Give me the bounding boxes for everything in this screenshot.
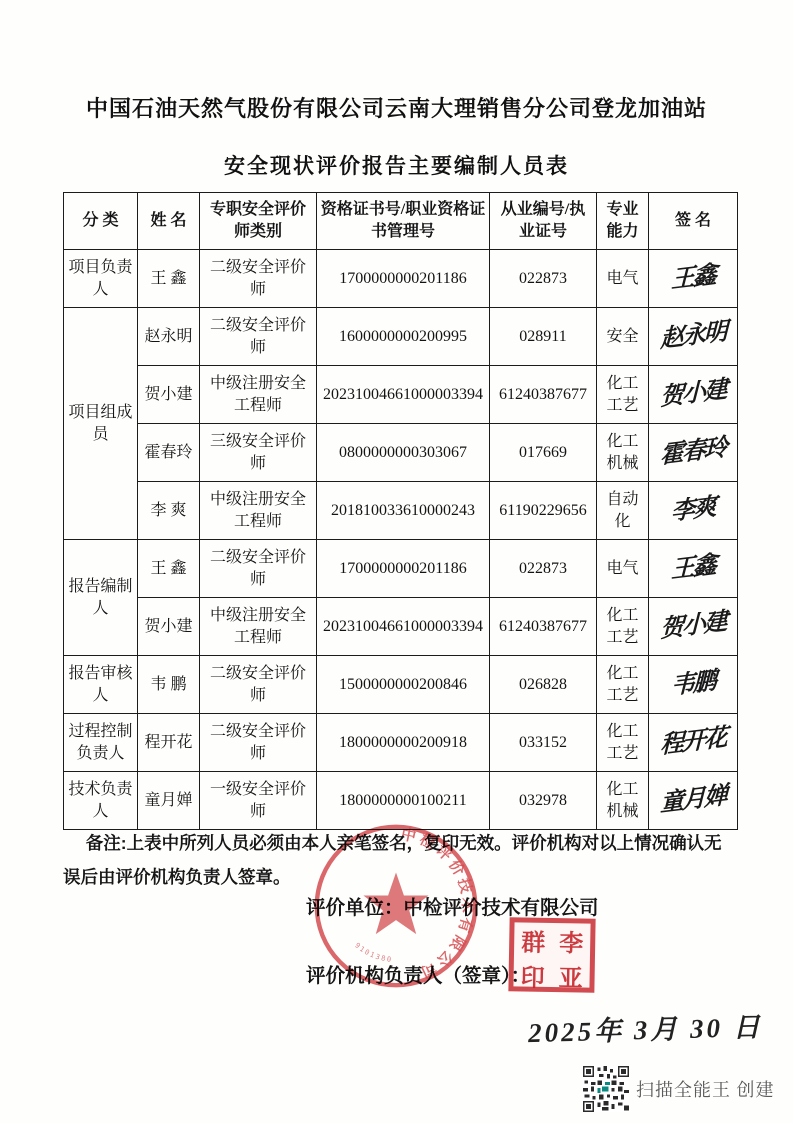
responsible-person-line: 评价机构负责人（签章）：: [306, 960, 530, 988]
cell-category: 项目负责人: [64, 250, 138, 308]
cell-category: 报告编制人: [64, 540, 138, 656]
handwritten-signature: 王鑫: [671, 259, 715, 297]
cell-signature: 王鑫: [649, 250, 738, 308]
cell-specialty: 化工工艺: [597, 714, 649, 772]
cell-practice-no: 032978: [490, 772, 597, 830]
cell-cert-no: 1600000000200995: [317, 308, 490, 366]
cell-cert-no: 20231004661000003394: [317, 366, 490, 424]
seal-char: 亚: [551, 958, 590, 994]
table-row: 技术负责人童月婵一级安全评价师1800000000100211032978化工机…: [64, 772, 738, 830]
handwritten-signature: 程开花: [660, 722, 726, 763]
cell-practice-no: 028911: [490, 308, 597, 366]
table-row: 李 爽中级注册安全工程师2018100336100002436119022965…: [64, 482, 738, 540]
cell-signature: 童月婵: [649, 772, 738, 830]
cell-title: 三级安全评价师: [200, 424, 317, 482]
table-row: 报告编制人王 鑫二级安全评价师1700000000201186022873电气王…: [64, 540, 738, 598]
cell-practice-no: 61240387677: [490, 366, 597, 424]
cell-category: 过程控制负责人: [64, 714, 138, 772]
cell-practice-no: 022873: [490, 540, 597, 598]
cell-specialty: 化工机械: [597, 772, 649, 830]
watermark-text: 扫描全能王 创建: [636, 1076, 775, 1102]
cell-practice-no: 033152: [490, 714, 597, 772]
cell-specialty: 化工工艺: [597, 598, 649, 656]
cell-cert-no: 1800000000200918: [317, 714, 490, 772]
cell-signature: 贺小建: [649, 366, 738, 424]
cell-category: 项目组成员: [64, 308, 138, 540]
cell-title: 二级安全评价师: [200, 656, 317, 714]
cell-title: 二级安全评价师: [200, 308, 317, 366]
cell-cert-no: 1700000000201186: [317, 250, 490, 308]
handwritten-signature: 王鑫: [671, 549, 715, 587]
table-body: 项目负责人王 鑫二级安全评价师1700000000201186022873电气王…: [64, 250, 738, 830]
cell-specialty: 自动化: [597, 482, 649, 540]
header-row: 分 类姓 名专职安全评价师类别资格证书号/职业资格证书管理号从业编号/执业证号专…: [64, 193, 738, 250]
cell-cert-no: 0800000000303067: [317, 424, 490, 482]
cell-category: 报告审核人: [64, 656, 138, 714]
handwritten-signature: 贺小建: [660, 374, 726, 415]
personal-name-seal: 群 李 印 亚: [508, 917, 595, 992]
table-row: 霍春玲三级安全评价师0800000000303067017669化工机械霍春玲: [64, 424, 738, 482]
column-header: 签 名: [649, 193, 738, 250]
cell-practice-no: 022873: [490, 250, 597, 308]
table-row: 过程控制负责人程开花二级安全评价师1800000000200918033152化…: [64, 714, 738, 772]
evaluation-unit-line: 评价单位：中检评价技术有限公司: [306, 892, 599, 920]
cell-signature: 李爽: [649, 482, 738, 540]
qr-code-icon: [583, 1066, 629, 1112]
cell-cert-no: 1700000000201186: [317, 540, 490, 598]
column-header: 资格证书号/职业资格证书管理号: [317, 193, 490, 250]
handwritten-signature: 韦鹏: [671, 665, 715, 703]
cell-specialty: 电气: [597, 540, 649, 598]
handwritten-signature: 贺小建: [660, 606, 726, 647]
cell-name: 贺小建: [138, 366, 200, 424]
cell-signature: 程开花: [649, 714, 738, 772]
cell-title: 一级安全评价师: [200, 772, 317, 830]
column-header: 专业能力: [597, 193, 649, 250]
cell-practice-no: 026828: [490, 656, 597, 714]
cell-title: 二级安全评价师: [200, 540, 317, 598]
table-row: 报告审核人韦 鹏二级安全评价师1500000000200846026828化工工…: [64, 656, 738, 714]
seal-char: 群: [514, 922, 553, 958]
cell-signature: 王鑫: [649, 540, 738, 598]
seal-char: 印: [513, 957, 552, 993]
cell-specialty: 电气: [597, 250, 649, 308]
cell-practice-no: 61190229656: [490, 482, 597, 540]
cell-name: 韦 鹏: [138, 656, 200, 714]
cell-specialty: 化工机械: [597, 424, 649, 482]
column-header: 从业编号/执业证号: [490, 193, 597, 250]
cell-specialty: 化工工艺: [597, 366, 649, 424]
cell-name: 贺小建: [138, 598, 200, 656]
cell-name: 王 鑫: [138, 250, 200, 308]
cell-cert-no: 201810033610000243: [317, 482, 490, 540]
cell-cert-no: 1800000000100211: [317, 772, 490, 830]
cell-signature: 霍春玲: [649, 424, 738, 482]
cell-specialty: 化工工艺: [597, 656, 649, 714]
table-row: 项目组成员赵永明二级安全评价师1600000000200995028911安全赵…: [64, 308, 738, 366]
table-row: 项目负责人王 鑫二级安全评价师1700000000201186022873电气王…: [64, 250, 738, 308]
cell-name: 王 鑫: [138, 540, 200, 598]
cell-specialty: 安全: [597, 308, 649, 366]
cell-cert-no: 20231004661000003394: [317, 598, 490, 656]
cell-name: 程开花: [138, 714, 200, 772]
cell-title: 中级注册安全工程师: [200, 366, 317, 424]
cell-practice-no: 61240387677: [490, 598, 597, 656]
note-text: 备注:上表中所列人员必须由本人亲笔签名，复印无效。评价机构对以上情况确认无误后由…: [63, 826, 723, 894]
cell-signature: 赵永明: [649, 308, 738, 366]
cell-name: 赵永明: [138, 308, 200, 366]
cell-title: 二级安全评价师: [200, 714, 317, 772]
handwritten-signature: 童月婵: [660, 780, 726, 821]
seal-char: 李: [552, 923, 591, 959]
handwritten-signature: 李爽: [671, 491, 715, 529]
scanner-watermark: 扫描全能王 创建: [583, 1066, 775, 1112]
cell-category: 技术负责人: [64, 772, 138, 830]
table-header: 分 类姓 名专职安全评价师类别资格证书号/职业资格证书管理号从业编号/执业证号专…: [64, 193, 738, 250]
document-title-line2: 安全现状评价报告主要编制人员表: [0, 150, 793, 180]
cell-title: 中级注册安全工程师: [200, 598, 317, 656]
cell-name: 童月婵: [138, 772, 200, 830]
personnel-table: 分 类姓 名专职安全评价师类别资格证书号/职业资格证书管理号从业编号/执业证号专…: [63, 192, 738, 830]
cell-signature: 贺小建: [649, 598, 738, 656]
cell-practice-no: 017669: [490, 424, 597, 482]
scanned-document-page: 中国石油天然气股份有限公司云南大理销售分公司登龙加油站 安全现状评价报告主要编制…: [0, 0, 793, 1123]
column-header: 姓 名: [138, 193, 200, 250]
cell-signature: 韦鹏: [649, 656, 738, 714]
column-header: 分 类: [64, 193, 138, 250]
column-header: 专职安全评价师类别: [200, 193, 317, 250]
cell-cert-no: 1500000000200846: [317, 656, 490, 714]
table-row: 贺小建中级注册安全工程师2023100466100000339461240387…: [64, 598, 738, 656]
cell-name: 李 爽: [138, 482, 200, 540]
handwritten-signature: 赵永明: [660, 316, 726, 357]
handwritten-signature: 霍春玲: [660, 432, 726, 473]
cell-title: 中级注册安全工程师: [200, 482, 317, 540]
cell-title: 二级安全评价师: [200, 250, 317, 308]
document-title-line1: 中国石油天然气股份有限公司云南大理销售分公司登龙加油站: [0, 92, 793, 123]
table-row: 贺小建中级注册安全工程师2023100466100000339461240387…: [64, 366, 738, 424]
cell-name: 霍春玲: [138, 424, 200, 482]
handwritten-date: 2025年 3月 30 日: [528, 1005, 764, 1050]
